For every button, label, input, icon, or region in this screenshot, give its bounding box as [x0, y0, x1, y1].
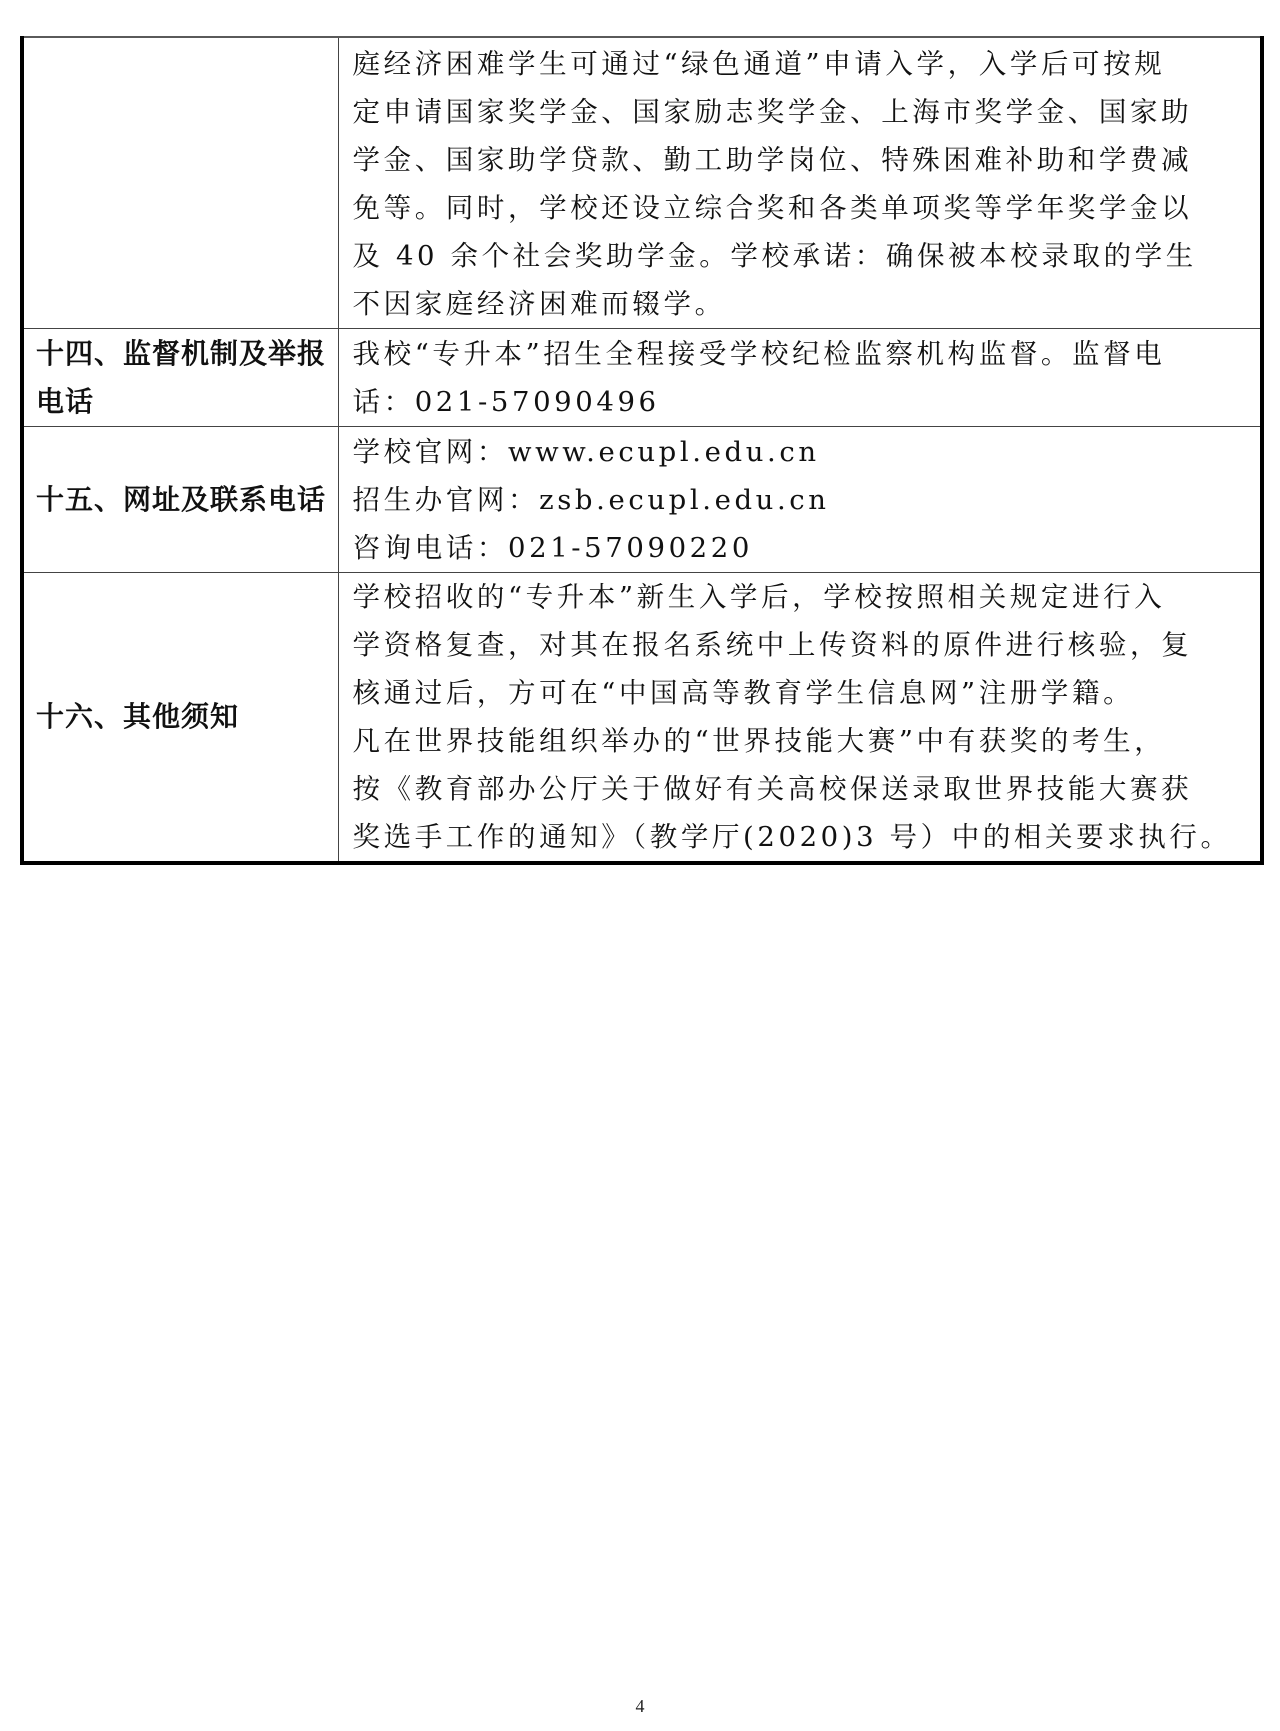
table-row-supervision: 十四、监督机制及举报电话 我校“专升本”招生全程接受学校纪检监察机构监督。监督电…	[22, 329, 1262, 427]
content-line: 奖选手工作的通知》（教学厅(2020)3 号）中的相关要求执行。	[353, 813, 1251, 861]
row-label: 十五、网址及联系电话	[22, 427, 338, 573]
content-line: 学金、国家助学贷款、勤工助学岗位、特殊困难补助和学费减	[353, 136, 1251, 184]
admissions-website-link[interactable]: 招生办官网：zsb.ecupl.edu.cn	[353, 476, 1251, 524]
table-row-financial-aid-continued: 庭经济困难学生可通过“绿色通道”申请入学，入学后可按规 定申请国家奖学金、国家励…	[22, 37, 1262, 329]
admissions-info-table: 庭经济困难学生可通过“绿色通道”申请入学，入学后可按规 定申请国家奖学金、国家励…	[20, 36, 1264, 865]
table-row-other-notes: 十六、其他须知 学校招收的“专升本”新生入学后，学校按照相关规定进行入 学资格复…	[22, 573, 1262, 864]
content-line: 免等。同时，学校还设立综合奖和各类单项奖等学年奖学金以	[353, 184, 1251, 232]
content-line: 凡在世界技能组织举办的“世界技能大赛”中有获奖的考生，	[353, 717, 1251, 765]
page-number: 4	[0, 1696, 1280, 1717]
supervision-phone: 话：021-57090496	[353, 378, 1251, 426]
content-line: 学校招收的“专升本”新生入学后，学校按照相关规定进行入	[353, 573, 1251, 621]
row-content: 庭经济困难学生可通过“绿色通道”申请入学，入学后可按规 定申请国家奖学金、国家励…	[338, 37, 1262, 329]
row-label: 十四、监督机制及举报电话	[22, 329, 338, 427]
content-line: 定申请国家奖学金、国家励志奖学金、上海市奖学金、国家助	[353, 88, 1251, 136]
content-line: 核通过后，方可在“中国高等教育学生信息网”注册学籍。	[353, 669, 1251, 717]
row-content: 学校招收的“专升本”新生入学后，学校按照相关规定进行入 学资格复查，对其在报名系…	[338, 573, 1262, 864]
content-line: 学资格复查，对其在报名系统中上传资料的原件进行核验，复	[353, 621, 1251, 669]
school-website-link[interactable]: 学校官网：www.ecupl.edu.cn	[353, 428, 1251, 476]
content-line: 庭经济困难学生可通过“绿色通道”申请入学，入学后可按规	[353, 40, 1251, 88]
inquiry-phone: 咨询电话：021-57090220	[353, 524, 1251, 572]
content-line: 我校“专升本”招生全程接受学校纪检监察机构监督。监督电	[353, 330, 1251, 378]
row-content: 学校官网：www.ecupl.edu.cn 招生办官网：zsb.ecupl.ed…	[338, 427, 1262, 573]
content-line: 及 40 余个社会奖助学金。学校承诺：确保被本校录取的学生	[353, 232, 1251, 280]
row-label: 十六、其他须知	[22, 573, 338, 864]
row-label	[22, 37, 338, 329]
content-line: 按《教育部办公厅关于做好有关高校保送录取世界技能大赛获	[353, 765, 1251, 813]
table-row-contact: 十五、网址及联系电话 学校官网：www.ecupl.edu.cn 招生办官网：z…	[22, 427, 1262, 573]
row-content: 我校“专升本”招生全程接受学校纪检监察机构监督。监督电 话：021-570904…	[338, 329, 1262, 427]
content-line: 不因家庭经济困难而辍学。	[353, 280, 1251, 328]
